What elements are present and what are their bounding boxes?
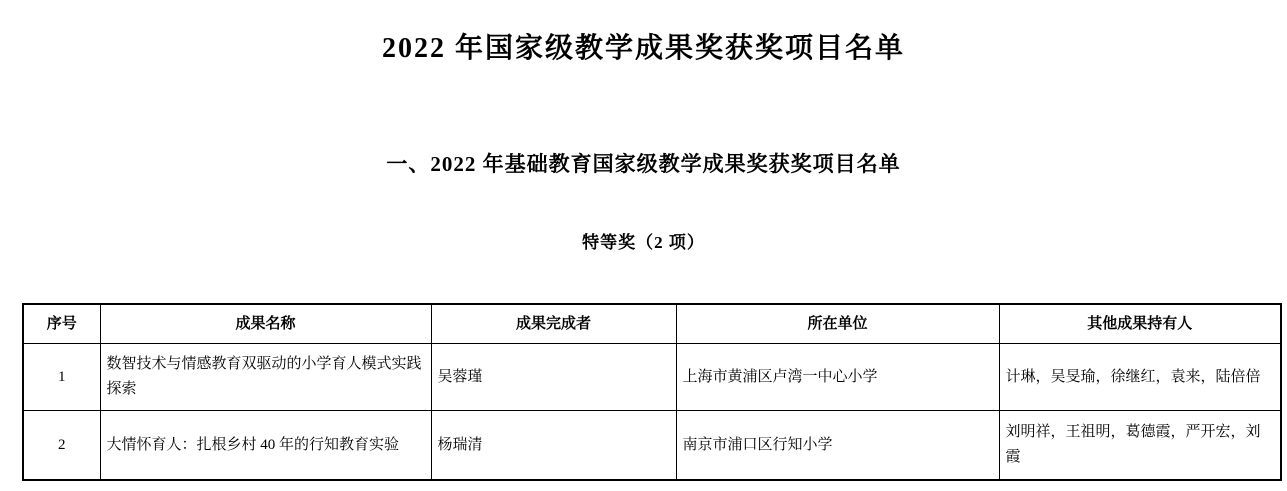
award-results-table: 序号 成果名称 成果完成者 所在单位 其他成果持有人 1 数智技术与情感教育双驱…	[22, 303, 1282, 481]
table-row: 2 大情怀育人：扎根乡村 40 年的行知教育实验 杨瑞清 南京市浦口区行知小学 …	[23, 411, 1281, 481]
cell-achievement-name: 大情怀育人：扎根乡村 40 年的行知教育实验	[100, 411, 431, 481]
header-cell-org: 所在单位	[676, 304, 999, 344]
page-title: 2022 年国家级教学成果奖获奖项目名单	[0, 26, 1287, 66]
table-header-row: 序号 成果名称 成果完成者 所在单位 其他成果持有人	[23, 304, 1281, 344]
award-level-heading: 特等奖（2 项）	[0, 228, 1287, 253]
header-cell-name: 成果名称	[100, 304, 431, 344]
table-row: 1 数智技术与情感教育双驱动的小学育人模式实践探索 吴蓉瑾 上海市黄浦区卢湾一中…	[23, 344, 1281, 411]
cell-row-number: 1	[23, 344, 100, 411]
header-cell-completer: 成果完成者	[431, 304, 676, 344]
section-heading: 一、2022 年基础教育国家级教学成果奖获奖项目名单	[0, 148, 1287, 178]
cell-other-holders: 刘明祥，王祖明，葛德霞，严开宏，刘霞	[999, 411, 1281, 481]
cell-row-number: 2	[23, 411, 100, 481]
cell-completer: 杨瑞清	[431, 411, 676, 481]
award-table-container: 序号 成果名称 成果完成者 所在单位 其他成果持有人 1 数智技术与情感教育双驱…	[22, 303, 1282, 481]
cell-organization: 上海市黄浦区卢湾一中心小学	[676, 344, 999, 411]
cell-organization: 南京市浦口区行知小学	[676, 411, 999, 481]
cell-achievement-name: 数智技术与情感教育双驱动的小学育人模式实践探索	[100, 344, 431, 411]
header-cell-no: 序号	[23, 304, 100, 344]
header-cell-others: 其他成果持有人	[999, 304, 1281, 344]
cell-other-holders: 计琳，吴旻瑜，徐继红，袁来，陆倍倍	[999, 344, 1281, 411]
cell-completer: 吴蓉瑾	[431, 344, 676, 411]
